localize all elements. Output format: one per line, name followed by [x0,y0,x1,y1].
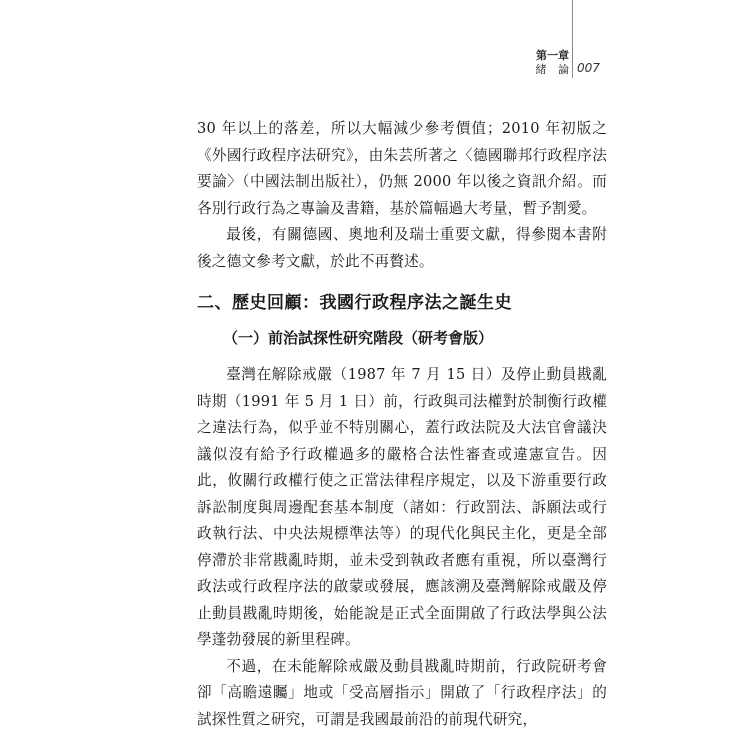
paragraph-1: 30 年以上的落差，所以大幅減少參考價值；2010 年初版之《外國行政程序法研究… [197,116,607,222]
subsection-heading: （一）前治試探性研究階段（研考會版） [223,326,607,350]
running-head: 第一章 緒 論 [536,49,570,77]
page-number: 007 [577,61,600,75]
section-label: 緒 論 [536,63,574,77]
page-body: 30 年以上的落差，所以大幅減少參考價值；2010 年初版之《外國行政程序法研究… [197,116,607,733]
section-heading: 二、歷史回顧：我國行政程序法之誕生史 [197,290,607,316]
paragraph-2: 最後，有關德國、奧地利及瑞士重要文獻，得參閱本書附後之德文參考文獻，於此不再贅述… [197,222,607,275]
chapter-label: 第一章 [536,49,570,63]
paragraph-4: 不過，在未能解除戒嚴及動員戡亂時期前，行政院研考會卻「高瞻遠矚」地或「受高層指示… [197,654,607,734]
paragraph-3: 臺灣在解除戒嚴（1987 年 7 月 15 日）及停止動員戡亂時期（1991 年… [197,362,607,654]
